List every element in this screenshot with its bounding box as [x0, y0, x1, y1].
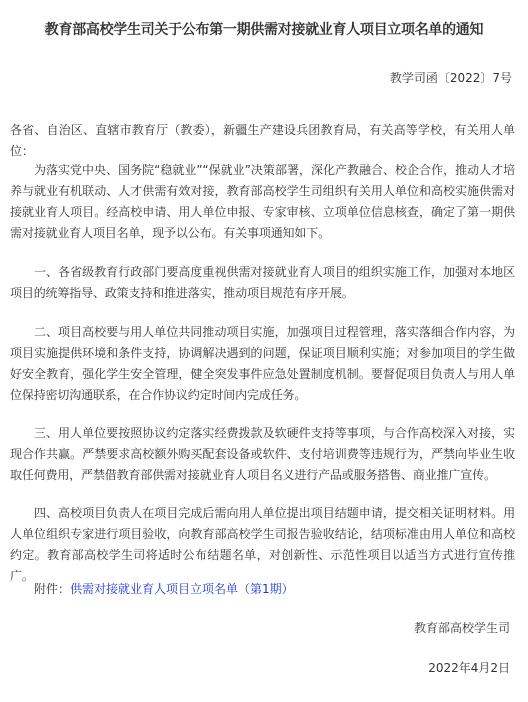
document-date: 2022年4月2日 [428, 659, 510, 677]
attachment-link[interactable]: 供需对接就业育人项目立项名单（第1期） [70, 582, 294, 596]
paragraph-item-4: 四、高校项目负责人在项目完成后需向用人单位提出项目结题申请，提交相关证明材料。用… [10, 503, 515, 587]
paragraph-intro: 为落实党中央、国务院“稳就业”“保就业”决策部署，深化产教融合、校企合作，推动人… [10, 160, 515, 244]
document-title: 教育部高校学生司关于公布第一期供需对接就业育人项目立项名单的通知 [0, 20, 528, 40]
document-number: 教学司函〔2022〕7号 [390, 69, 512, 87]
signature: 教育部高校学生司 [414, 619, 510, 637]
attachment: 附件：供需对接就业育人项目立项名单（第1期） [34, 580, 294, 598]
paragraph-item-1: 一、各省级教育行政部门要高度重视供需对接就业育人项目的组织实施工作，加强对本地区… [10, 262, 515, 304]
salutation: 各省、自治区、直辖市教育厅（教委），新疆生产建设兵团教育局，有关高等学校，有关用… [10, 120, 515, 162]
paragraph-item-2: 二、项目高校要与用人单位共同推动项目实施，加强项目过程管理，落实落细合作内容，为… [10, 322, 515, 406]
attachment-label: 附件： [34, 582, 70, 596]
paragraph-item-3: 三、用人单位要按照协议约定落实经费拨款及软硬件支持等事项，与合作高校深入对接，实… [10, 423, 515, 486]
